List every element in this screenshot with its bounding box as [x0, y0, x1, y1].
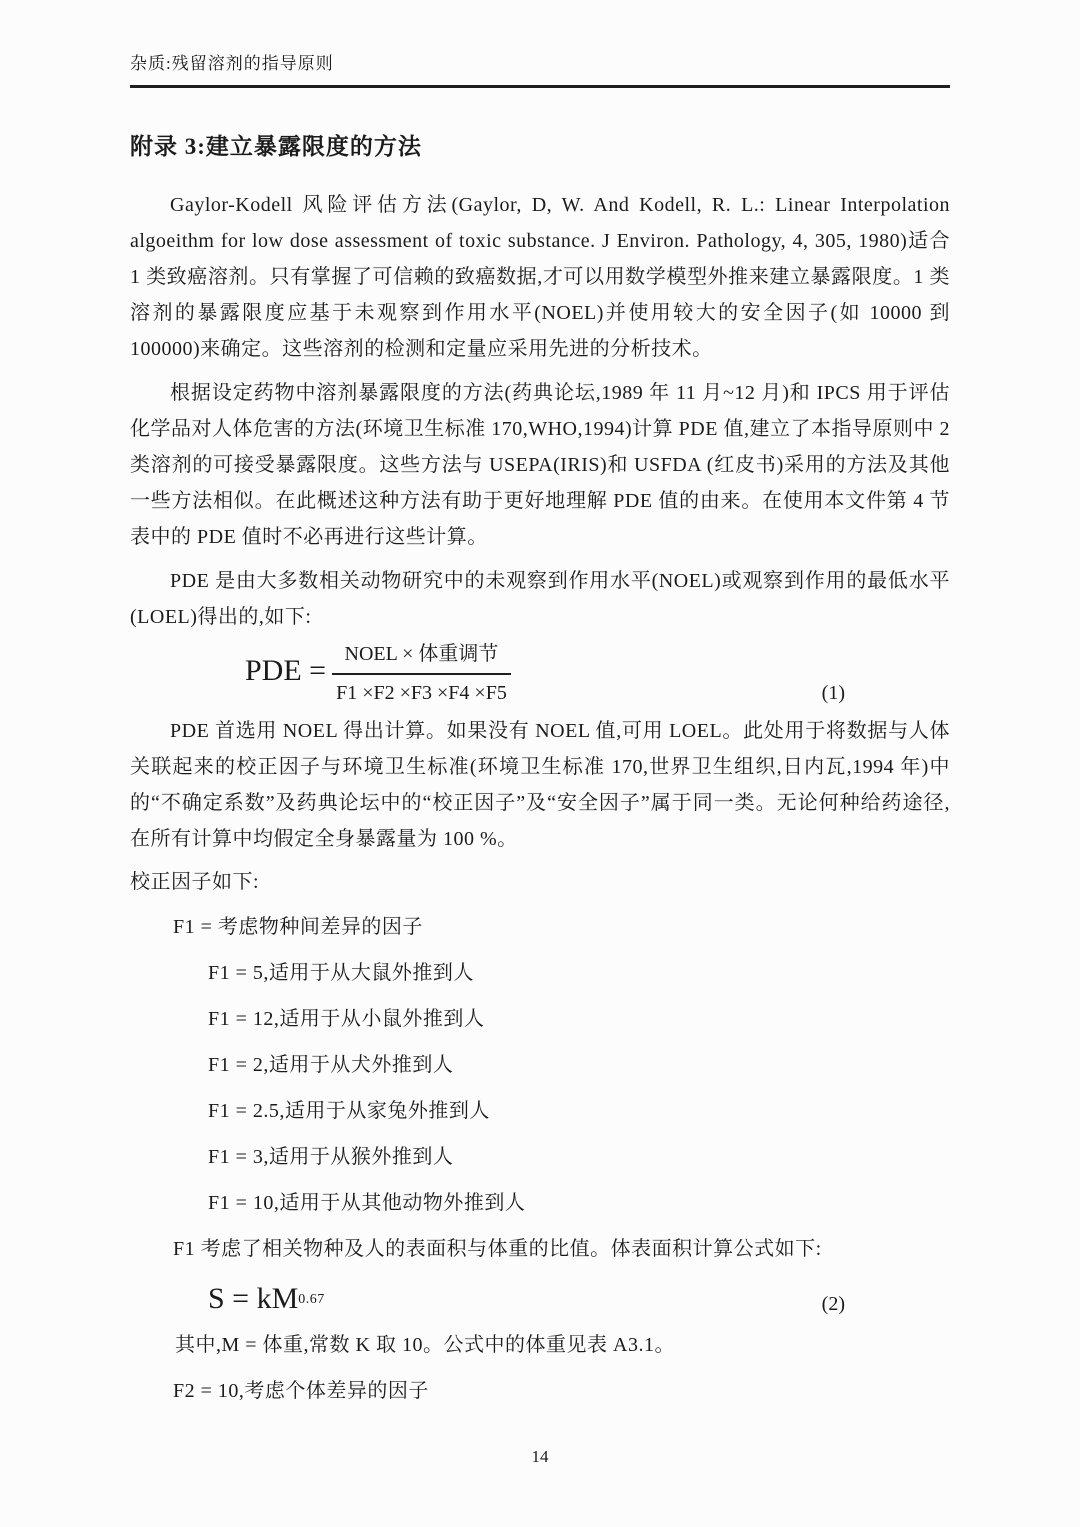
page-header: 杂质:残留溶剂的指导原则 [130, 52, 950, 88]
page-number: 14 [532, 1447, 549, 1466]
correction-factors-intro: 校正因子如下: [130, 869, 950, 896]
list-item: F1 = 2.5,适用于从家兔外推到人 [208, 1098, 950, 1125]
equation-surface-area-base: S = kM [208, 1282, 298, 1315]
document-page: 杂质:残留溶剂的指导原则 附录 3:建立暴露限度的方法 Gaylor-Kodel… [0, 0, 1080, 1527]
f1-factor-list: F1 = 考虑物种间差异的因子 F1 = 5,适用于从大鼠外推到人 F1 = 1… [130, 914, 950, 1263]
list-item: F1 = 10,适用于从其他动物外推到人 [208, 1190, 950, 1217]
list-item: F1 = 5,适用于从大鼠外推到人 [208, 960, 950, 987]
equation-pde-denominator: F1 ×F2 ×F3 ×F4 ×F5 [332, 675, 511, 705]
equation-pde-fraction: NOEL × 体重调节 F1 ×F2 ×F3 ×F4 ×F5 [332, 637, 511, 705]
page-footer: 14 [130, 1447, 950, 1467]
equation-pde-numerator: NOEL × 体重调节 [332, 637, 511, 675]
header-rule [130, 85, 950, 88]
list-item: F1 = 3,适用于从猴外推到人 [208, 1144, 950, 1171]
equation-2-label: (2) [822, 1293, 845, 1316]
equation-surface-area-exponent: 0.67 [298, 1292, 325, 1307]
paragraph-pde-derivation: PDE 是由大多数相关动物研究中的未观察到作用水平(NOEL)或观察到作用的最低… [130, 563, 950, 635]
equation-1-label: (1) [822, 682, 845, 705]
list-item: F1 = 12,适用于从小鼠外推到人 [208, 1006, 950, 1033]
f1-definition: F1 = 考虑物种间差异的因子 [173, 914, 950, 941]
equation-pde: PDE = NOEL × 体重调节 F1 ×F2 ×F3 ×F4 ×F5 (1) [245, 637, 950, 705]
paragraph-gaylor-kodell: Gaylor-Kodell 风险评估方法(Gaylor, D, W. And K… [130, 187, 950, 367]
paragraph-noel-loel: PDE 首选用 NOEL 得出计算。如果没有 NOEL 值,可用 LOEL。此处… [130, 713, 950, 857]
f2-definition: F2 = 10,考虑个体差异的因子 [173, 1378, 950, 1405]
equation-pde-lhs: PDE = [245, 654, 326, 688]
list-item: F1 = 2,适用于从犬外推到人 [208, 1052, 950, 1079]
equation-surface-area-body: S = kM0.67 [208, 1282, 325, 1316]
f1-surface-area-note: F1 考虑了相关物种及人的表面积与体重的比值。体表面积计算公式如下: [173, 1236, 950, 1263]
equation-surface-area: S = kM0.67 (2) [208, 1282, 950, 1316]
running-head: 杂质:残留溶剂的指导原则 [130, 52, 950, 76]
paragraph-pde-method: 根据设定药物中溶剂暴露限度的方法(药典论坛,1989 年 11 月~12 月)和… [130, 375, 950, 555]
section-title: 附录 3:建立暴露限度的方法 [130, 128, 950, 161]
weight-constant-note: 其中,M = 体重,常数 K 取 10。公式中的体重见表 A3.1。 [175, 1332, 950, 1359]
